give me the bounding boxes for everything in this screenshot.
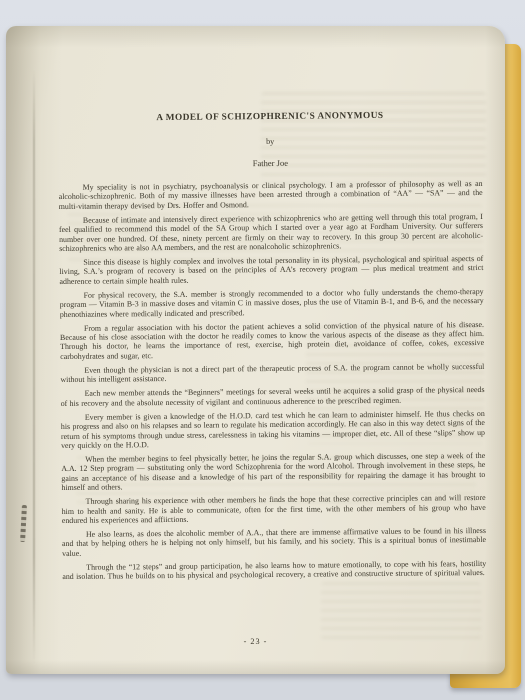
showthrough-ghost-text xyxy=(321,582,481,640)
page-right-shading xyxy=(485,26,505,674)
paragraph: When the member begins to feel physicall… xyxy=(61,451,485,493)
photo-scene: A MODEL OF SCHIZOPHRENIC'S ANONYMOUS by … xyxy=(0,0,525,700)
page-top-shading xyxy=(6,26,505,48)
page-content: A MODEL OF SCHIZOPHRENIC'S ANONYMOUS by … xyxy=(58,80,487,586)
paragraph: From a regular association with his doct… xyxy=(60,320,484,362)
page-bottom-shading xyxy=(6,660,505,674)
document-title: A MODEL OF SCHIZOPHRENIC'S ANONYMOUS xyxy=(58,110,482,124)
paragraph: My speciality is not in psychiatry, psyc… xyxy=(59,179,483,211)
paragraph: Since this disease is highly complex and… xyxy=(59,254,483,286)
page-crease xyxy=(33,70,35,664)
byline: by xyxy=(58,135,482,148)
page-number: - 23 - xyxy=(6,637,505,646)
paragraph: Through the “12 steps” and group partici… xyxy=(62,559,486,582)
paragraph: For physical recovery, the S.A. member i… xyxy=(60,287,484,319)
paragraph: Even though the physician is not a direc… xyxy=(60,362,484,385)
paragraph: Every member is given a knowledge of the… xyxy=(61,409,485,451)
paragraph: Because of intimate and intensively dire… xyxy=(59,212,483,254)
paragraph: Through sharing his experience with othe… xyxy=(62,493,486,525)
paragraph: He also learns, as does the alcoholic me… xyxy=(62,526,486,558)
paragraph: Each new member attends the “Beginners” … xyxy=(61,385,485,408)
body-text: My speciality is not in psychiatry, psyc… xyxy=(59,179,487,582)
author-name: Father Joe xyxy=(58,156,482,170)
book-page: A MODEL OF SCHIZOPHRENIC'S ANONYMOUS by … xyxy=(6,26,505,674)
